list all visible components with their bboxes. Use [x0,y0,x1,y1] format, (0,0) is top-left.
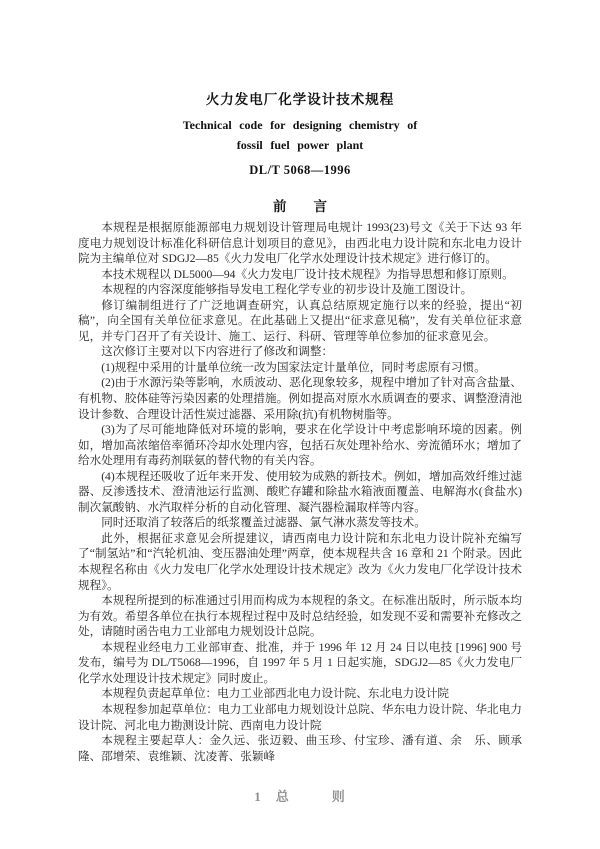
doc-title-en-line2: fossil fuel power plant [78,135,522,155]
foreword-paragraph-2: 本技术规程以 DL5000—94《火力发电厂设计技术规程》为指导思想和修订原则。 [78,267,522,283]
foreword-paragraph-9: (4)本规程还吸收了近年来开发、使用较为成熟的新技术。例如，增加高效纤维过滤器、… [78,469,522,516]
foreword-paragraph-7: (2)由于水源污染等影响，水质波动、恶化现象较多，规程中增加了针对高含盐量、有机… [78,375,522,422]
foreword-body: 本规程是根据原能源部电力规划设计管理局电规计 1993(23)号文《关于下达 9… [78,220,522,764]
foreword-paragraph-10: 同时还取消了较落后的纸浆覆盖过滤器、氯气淋水蒸发等技术。 [78,515,522,531]
foreword-paragraph-16: 本规程主要起草人：金久远、张迈毅、曲玉珍、付宝珍、潘有道、余 乐、顾承隆、邵增荣… [78,733,522,764]
doc-title-en-line1: Technical code for designing chemistry o… [78,115,522,135]
foreword-heading: 前 言 [78,195,522,215]
foreword-paragraph-12: 本规程所提到的标准通过引用而构成为本规程的条文。在标准出版时，所示版本均为有效。… [78,593,522,640]
foreword-paragraph-5: 这次修订主要对以下内容进行了修改和调整： [78,344,522,360]
document-page: 火力发电厂化学设计技术规程 Technical code for designi… [0,0,600,849]
doc-title-zh: 火力发电厂化学设计技术规程 [78,88,522,108]
standard-number: DL/T 5068—1996 [78,163,522,178]
foreword-paragraph-1: 本规程是根据原能源部电力规划设计管理局电规计 1993(23)号文《关于下达 9… [78,220,522,267]
foreword-paragraph-13: 本规程业经电力工业部审查、批准，并于 1996 年 12 月 24 日以电技 [… [78,640,522,687]
foreword-paragraph-8: (3)为了尽可能地降低对环境的影响，要求在化学设计中考虑影响环境的因素。例如，增… [78,422,522,469]
foreword-paragraph-6: (1)规程中采用的计量单位统一改为国家法定计量单位，同时考虑原有习惯。 [78,360,522,376]
doc-header: 火力发电厂化学设计技术规程 Technical code for designi… [78,88,522,178]
foreword-paragraph-3: 本规程的内容深度能够指导发电工程化学专业的初步设计及施工图设计。 [78,282,522,298]
next-chapter-heading: 1 总 则 [78,786,522,805]
foreword-paragraph-14: 本规程负责起草单位：电力工业部西北电力设计院、东北电力设计院 [78,686,522,702]
foreword-paragraph-15: 本规程参加起草单位：电力工业部电力规划设计总院、华东电力设计院、华北电力设计院、… [78,702,522,733]
foreword-paragraph-4: 修订编制组进行了广泛地调查研究，认真总结原规定施行以来的经验，提出“初稿”，向全… [78,298,522,345]
foreword-paragraph-11: 此外，根据征求意见会所提建议，请西南电力设计院和东北电力设计院补充编写了“制氢站… [78,531,522,593]
